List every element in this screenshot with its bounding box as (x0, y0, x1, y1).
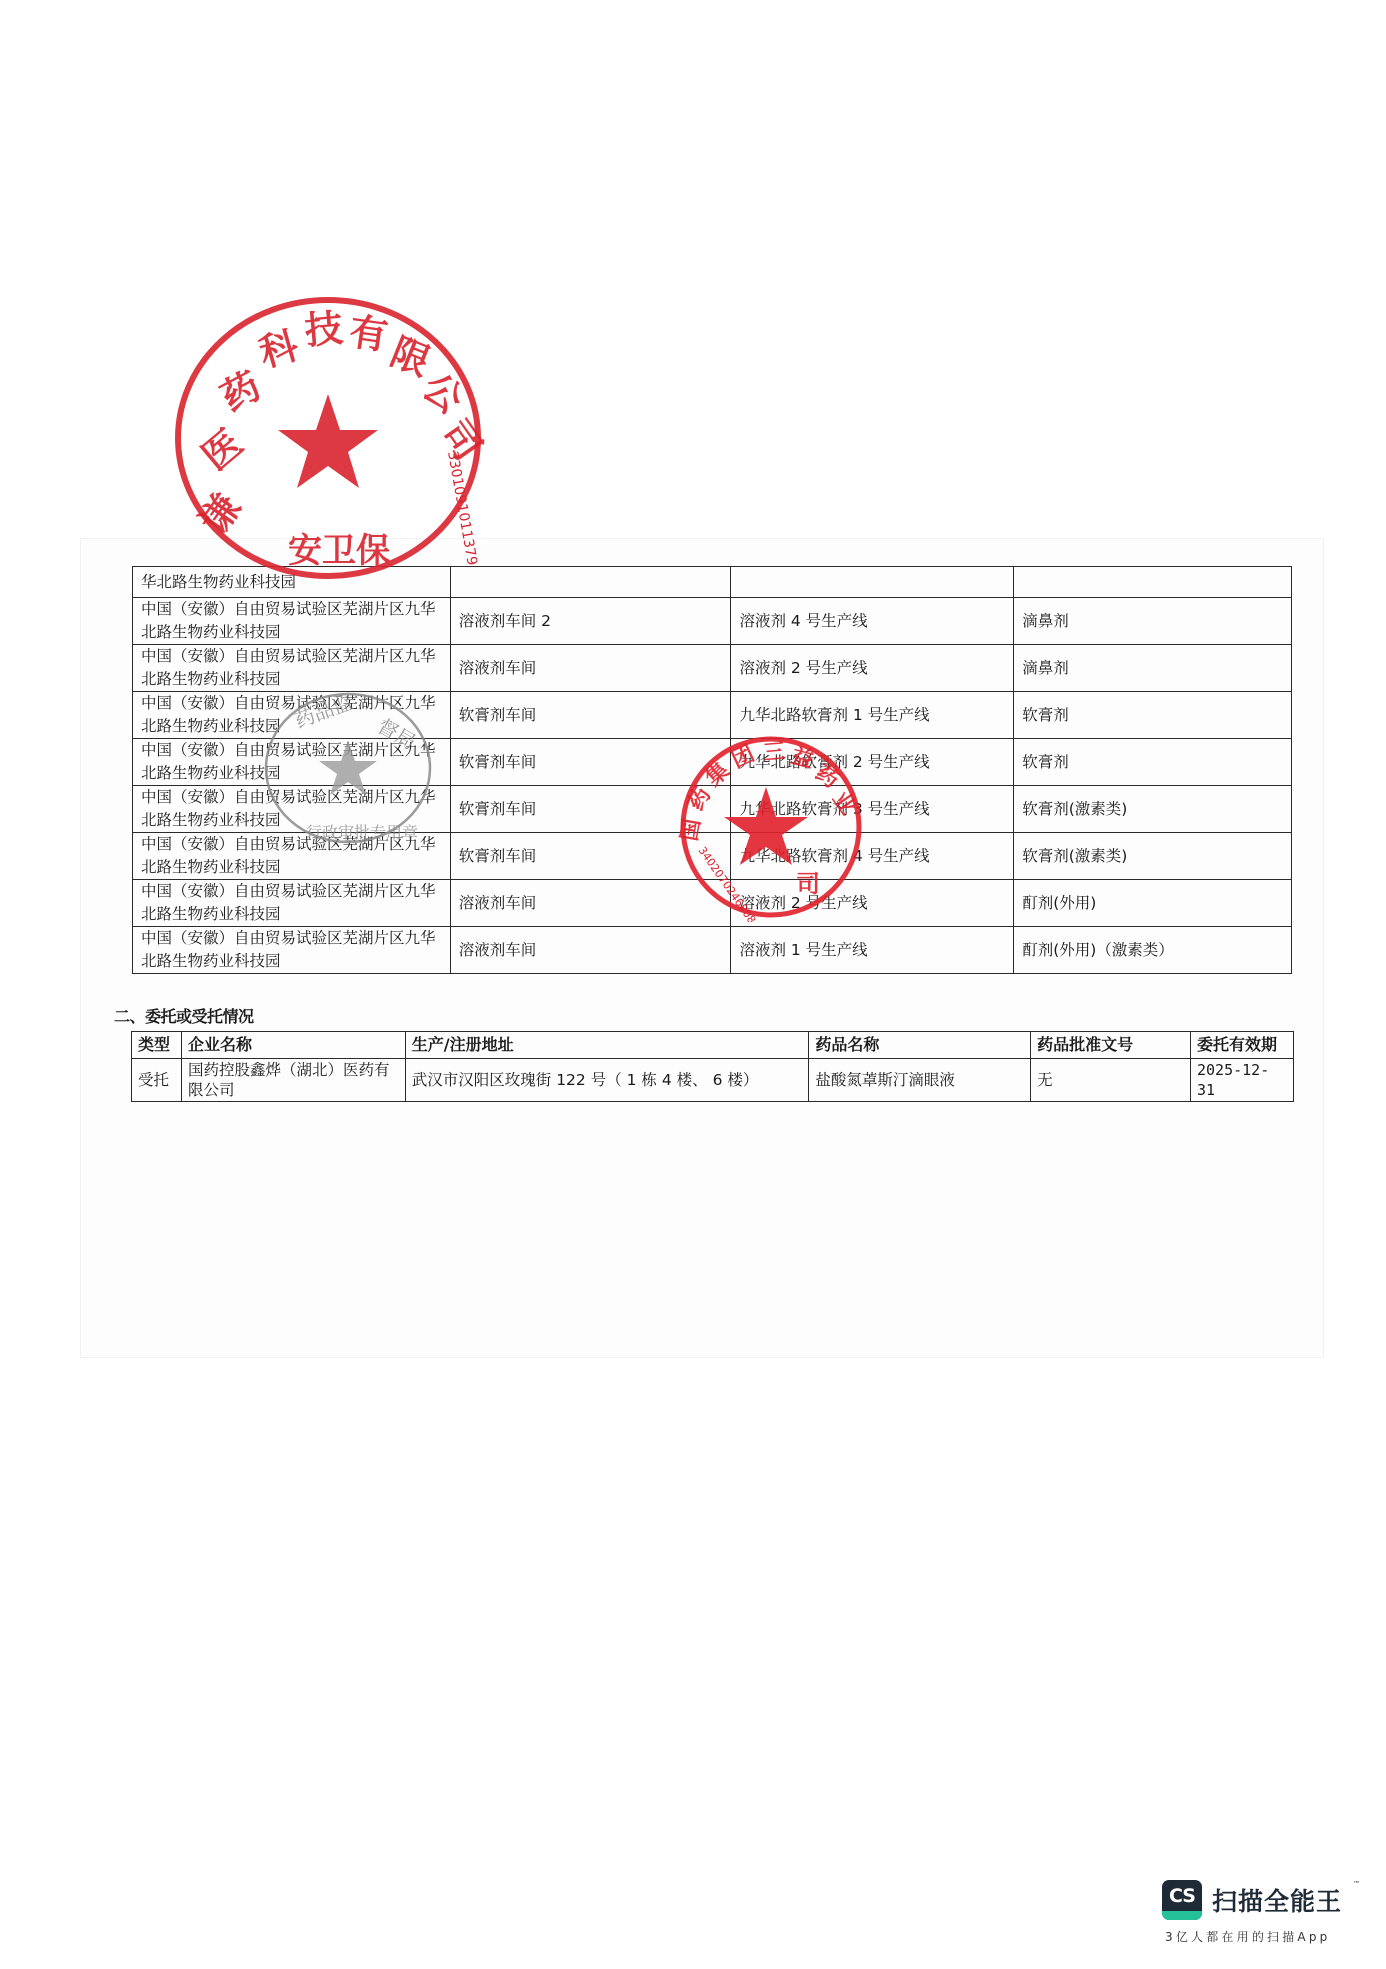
column-header: 药品名称 (809, 1032, 1031, 1059)
svg-text:有: 有 (347, 308, 391, 358)
column-header: 生产/注册地址 (405, 1032, 809, 1059)
address-cell: 中国（安徽）自由贸易试验区芜湖片区九华北路生物药业科技园 (133, 645, 451, 692)
address-cell: 中国（安徽）自由贸易试验区芜湖片区九华北路生物药业科技园 (133, 692, 451, 739)
production-line-cell: 溶液剂 2 号生产线 (731, 645, 1014, 692)
address-cell: 中国（安徽）自由贸易试验区芜湖片区九华北路生物药业科技园 (133, 739, 451, 786)
table-row: 中国（安徽）自由贸易试验区芜湖片区九华北路生物药业科技园溶液剂车间溶液剂 2 号… (133, 880, 1292, 927)
approval-number-cell: 无 (1031, 1059, 1191, 1102)
table-row: 中国（安徽）自由贸易试验区芜湖片区九华北路生物药业科技园溶液剂车间溶液剂 2 号… (133, 645, 1292, 692)
dosage-form-cell: 软膏剂(激素类) (1014, 786, 1292, 833)
address-cell: 中国（安徽）自由贸易试验区芜湖片区九华北路生物药业科技园 (133, 927, 451, 974)
production-line-cell: 九华北路软膏剂 3 号生产线 (731, 786, 1014, 833)
section-title-entrustment: 二、委托或受托情况 (114, 1004, 254, 1027)
trademark-symbol: ™ (1353, 1880, 1360, 1888)
production-line-cell: 九华北路软膏剂 2 号生产线 (731, 739, 1014, 786)
workshop-cell (450, 567, 731, 598)
table-row: 中国（安徽）自由贸易试验区芜湖片区九华北路生物药业科技园软膏剂车间九华北路软膏剂… (133, 833, 1292, 880)
production-line-cell: 溶液剂 1 号生产线 (731, 927, 1014, 974)
svg-text:公: 公 (414, 364, 472, 423)
svg-text:医: 医 (193, 420, 251, 479)
drug-name-cell: 盐酸氮䓬斯汀滴眼液 (809, 1059, 1031, 1102)
workshop-cell: 溶液剂车间 (450, 880, 731, 927)
address-cell: 中国（安徽）自由贸易试验区芜湖片区九华北路生物药业科技园 (133, 880, 451, 927)
column-header: 类型 (132, 1032, 182, 1059)
dosage-form-cell: 软膏剂(激素类) (1014, 833, 1292, 880)
dosage-form-cell: 滴鼻剂 (1014, 598, 1292, 645)
production-line-cell: 溶液剂 2 号生产线 (731, 880, 1014, 927)
production-line-cell (731, 567, 1014, 598)
table-row: 中国（安徽）自由贸易试验区芜湖片区九华北路生物药业科技园软膏剂车间九华北路软膏剂… (133, 692, 1292, 739)
svg-text:谦: 谦 (191, 485, 250, 542)
workshop-cell: 溶液剂车间 (450, 645, 731, 692)
address-cell: 武汉市汉阳区玫瑰街 122 号（ 1 栋 4 楼、 6 楼） (405, 1059, 809, 1102)
svg-text:技: 技 (303, 305, 345, 353)
column-header: 药品批准文号 (1031, 1032, 1191, 1059)
dosage-form-cell: 酊剂(外用) (1014, 880, 1292, 927)
camscanner-slogan: 3亿人都在用的扫描App (1165, 1928, 1330, 1945)
address-cell: 中国（安徽）自由贸易试验区芜湖片区九华北路生物药业科技园 (133, 833, 451, 880)
svg-text:药: 药 (213, 362, 268, 420)
table-row: 受托国药控股鑫烨（湖北）医药有限公司武汉市汉阳区玫瑰街 122 号（ 1 栋 4… (132, 1059, 1294, 1102)
camscanner-watermark: CS 扫描全能王 ™ 3亿人都在用的扫描App (1162, 1876, 1362, 1946)
svg-text:司: 司 (433, 411, 490, 468)
address-cell: 中国（安徽）自由贸易试验区芜湖片区九华北路生物药业科技园 (133, 598, 451, 645)
table-row: 中国（安徽）自由贸易试验区芜湖片区九华北路生物药业科技园溶液剂车间溶液剂 1 号… (133, 927, 1292, 974)
workshop-cell: 溶液剂车间 2 (450, 598, 731, 645)
workshop-cell: 软膏剂车间 (450, 833, 731, 880)
table-row: 中国（安徽）自由贸易试验区芜湖片区九华北路生物药业科技园溶液剂车间 2溶液剂 4… (133, 598, 1292, 645)
dosage-form-cell: 软膏剂 (1014, 692, 1292, 739)
svg-text:科: 科 (254, 322, 303, 376)
production-sites-table: 华北路生物药业科技园中国（安徽）自由贸易试验区芜湖片区九华北路生物药业科技园溶液… (132, 566, 1292, 974)
production-line-cell: 九华北路软膏剂 1 号生产线 (731, 692, 1014, 739)
column-header: 委托有效期 (1191, 1032, 1294, 1059)
address-cell: 中国（安徽）自由贸易试验区芜湖片区九华北路生物药业科技园 (133, 786, 451, 833)
workshop-cell: 软膏剂车间 (450, 739, 731, 786)
dosage-form-cell: 软膏剂 (1014, 739, 1292, 786)
entrustment-table: 类型企业名称生产/注册地址药品名称药品批准文号委托有效期 受托国药控股鑫烨（湖北… (131, 1031, 1294, 1102)
production-line-cell: 九华北路软膏剂 4 号生产线 (731, 833, 1014, 880)
company-cell: 国药控股鑫烨（湖北）医药有限公司 (181, 1059, 405, 1102)
dosage-form-cell: 酊剂(外用)（激素类） (1014, 927, 1292, 974)
svg-text:限: 限 (385, 329, 437, 385)
table-row: 中国（安徽）自由贸易试验区芜湖片区九华北路生物药业科技园软膏剂车间九华北路软膏剂… (133, 739, 1292, 786)
valid-until-cell: 2025-12-31 (1191, 1059, 1294, 1102)
camscanner-logo-icon: CS (1162, 1880, 1202, 1920)
address-cell: 华北路生物药业科技园 (133, 567, 451, 598)
workshop-cell: 软膏剂车间 (450, 692, 731, 739)
camscanner-app-name: 扫描全能王 (1212, 1882, 1342, 1918)
table-row: 华北路生物药业科技园 (133, 567, 1292, 598)
type-cell: 受托 (132, 1059, 182, 1102)
workshop-cell: 软膏剂车间 (450, 786, 731, 833)
dosage-form-cell: 滴鼻剂 (1014, 645, 1292, 692)
production-line-cell: 溶液剂 4 号生产线 (731, 598, 1014, 645)
column-header: 企业名称 (181, 1032, 405, 1059)
dosage-form-cell (1014, 567, 1292, 598)
workshop-cell: 溶液剂车间 (450, 927, 731, 974)
table-row: 中国（安徽）自由贸易试验区芜湖片区九华北路生物药业科技园软膏剂车间九华北路软膏剂… (133, 786, 1292, 833)
